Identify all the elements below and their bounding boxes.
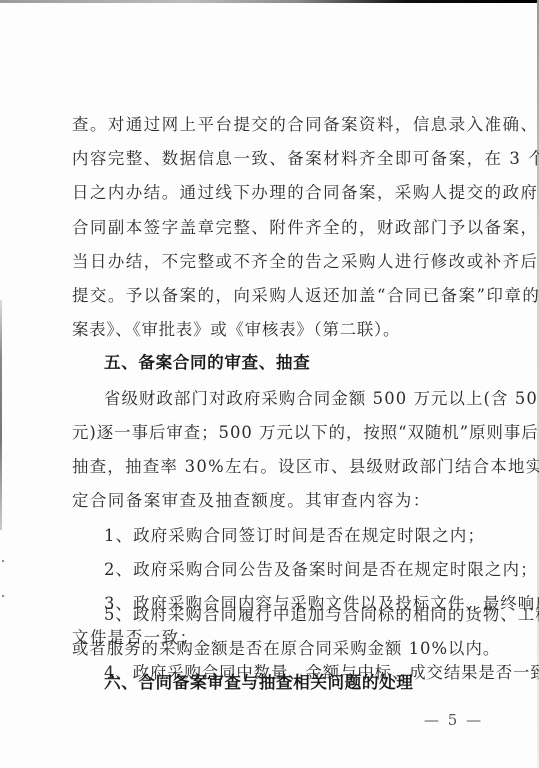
paragraph-line: 日之内办结。通过线下办理的合同备案，采购人提交的政府采购 (72, 183, 472, 203)
list-item-3-continuation: 文件是否一致； (72, 628, 472, 648)
paragraph-line: 案表》、《审批表》或《审核表》（第二联）。 (72, 320, 472, 340)
list-item-2: 2、政府采购合同公告及备案时间是否在规定时限之内； (104, 560, 504, 580)
paragraph-line: 定合同备案审查及抽查额度。其审查内容为： (72, 491, 472, 511)
paragraph-line: 查。对通过网上平台提交的合同备案资料，信息录入准确、合同 (72, 115, 472, 135)
list-item-3: 3、政府采购合同内容与采购文件以及投标文件、最终响应 (104, 594, 504, 614)
paragraph-line: 内容完整、数据信息一致、备案材料齐全即可备案，在 3 个工作 (72, 149, 472, 169)
document-page: 查。对通过网上平台提交的合同备案资料，信息录入准确、合同 内容完整、数据信息一致… (0, 0, 539, 768)
paragraph-line: 省级财政部门对政府采购合同金额 500 万元以上(含 500 万 (104, 389, 472, 409)
section-heading-5: 五、备案合同的审查、抽查 (104, 353, 310, 373)
paragraph-line: 元)逐一事后审查；500 万元以下的，按照“双随机”原则事后 (72, 423, 472, 443)
paragraph-line: 抽查，抽查率 30%左右。设区市、县级财政部门结合本地实际确 (72, 457, 472, 477)
paragraph-line: 合同副本签字盖章完整、附件齐全的，财政部门予以备案，并于 (72, 218, 472, 238)
list-item-1: 1、政府采购合同签订时间是否在规定时限之内； (104, 526, 504, 546)
paragraph-line: 提交。予以备案的，向采购人返还加盖“合同已备案”印章的《备 (72, 286, 472, 306)
paragraph-line: 当日办结，不完整或不齐全的告之采购人进行修改或补齐后重新 (72, 252, 472, 272)
page-number: — 5 — (424, 711, 483, 729)
list-item-4: 4、政府采购合同中数量、金额与中标、成交结果是否一致； (104, 663, 504, 683)
